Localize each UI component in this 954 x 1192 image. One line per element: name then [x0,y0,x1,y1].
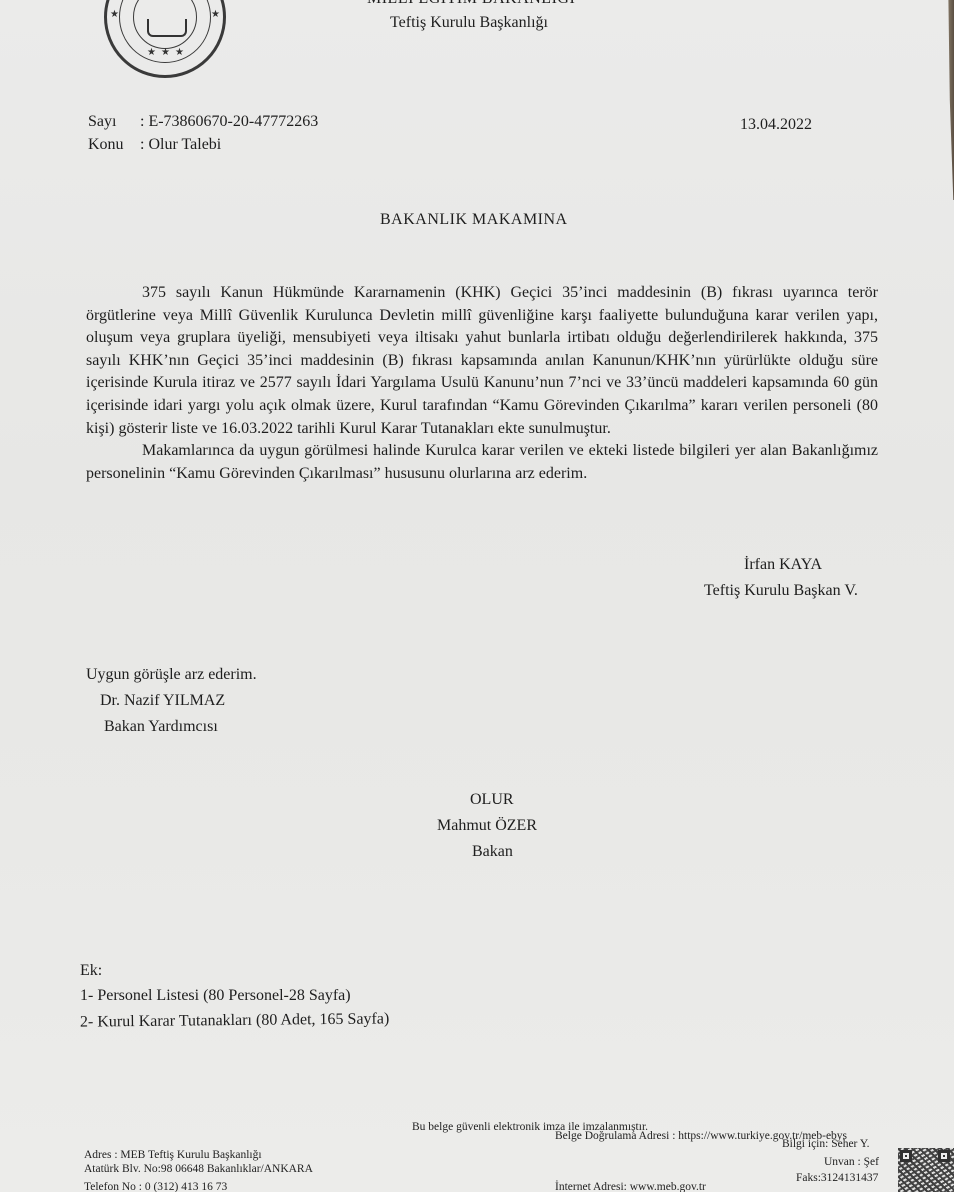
star-icon: ★ [211,9,220,20]
book-emblem-icon [147,19,187,37]
ministry-seal-icon: ★ ★ ★★★ [104,0,226,78]
approval-title: Bakan [472,839,513,865]
phone-number: Telefon No : 0 (312) 413 16 73 [84,1180,227,1192]
background-edge [940,0,954,200]
document-subject: Konu: Olur Talebi [88,136,221,154]
contact-person: Bilgi için: Seher Y. [782,1137,870,1152]
approval-name: Mahmut ÖZER [437,813,537,839]
body-paragraph: Makamlarınca da uygun görülmesi halinde … [86,440,878,485]
endorsement-title: Bakan Yardımcısı [104,714,218,740]
qr-finder-icon [900,1150,912,1162]
attachments-label: Ek: [80,958,102,984]
subject-label: Konu [88,136,140,154]
document-date: 13.04.2022 [740,116,812,134]
department-name: Teftiş Kurulu Başkanlığı [390,14,548,32]
document-number: Sayı: E-73860670-20-47772263 [88,113,318,131]
qr-code-icon [898,1148,954,1192]
address-line-1: Adres : MEB Teftiş Kurulu Başkanlığı [84,1148,262,1163]
addressee: BAKANLIK MAKAMINA [380,211,568,229]
approval-label: OLUR [470,787,514,813]
seal-stars-icon: ★★★ [107,47,229,58]
subject-value: : Olur Talebi [140,136,221,153]
endorsement-note: Uygun görüşle arz ederim. [86,662,257,688]
ministry-name: MİLLÎ EĞİTİM BAKANLIĞI [367,0,575,8]
number-value: : E-73860670-20-47772263 [140,113,318,130]
document-page: ★ ★ ★★★ MİLLÎ EĞİTİM BAKANLIĞI Teftiş Ku… [0,0,954,1192]
signatory-title: Teftiş Kurulu Başkan V. [704,578,858,604]
fax-number: Faks:3124131437 [796,1171,878,1186]
endorsement-name: Dr. Nazif YILMAZ [100,688,225,714]
number-label: Sayı [88,113,140,131]
website: İnternet Adresi: www.meb.gov.tr [555,1180,706,1192]
contact-position: Unvan : Şef [824,1155,879,1170]
body-paragraph: 375 sayılı Kanun Hükmünde Kararnamenin (… [86,282,878,440]
star-icon: ★ [110,9,119,20]
letter-body: 375 sayılı Kanun Hükmünde Kararnamenin (… [86,282,878,485]
signatory-name: İrfan KAYA [744,552,822,578]
attachment-item: 1- Personel Listesi (80 Personel-28 Sayf… [80,983,351,1009]
qr-finder-icon [938,1150,950,1162]
address-line-2: Atatürk Blv. No:98 06648 Bakanlıklar/ANK… [84,1162,313,1177]
attachment-item: 2- Kurul Karar Tutanakları (80 Adet, 165… [80,1006,390,1035]
